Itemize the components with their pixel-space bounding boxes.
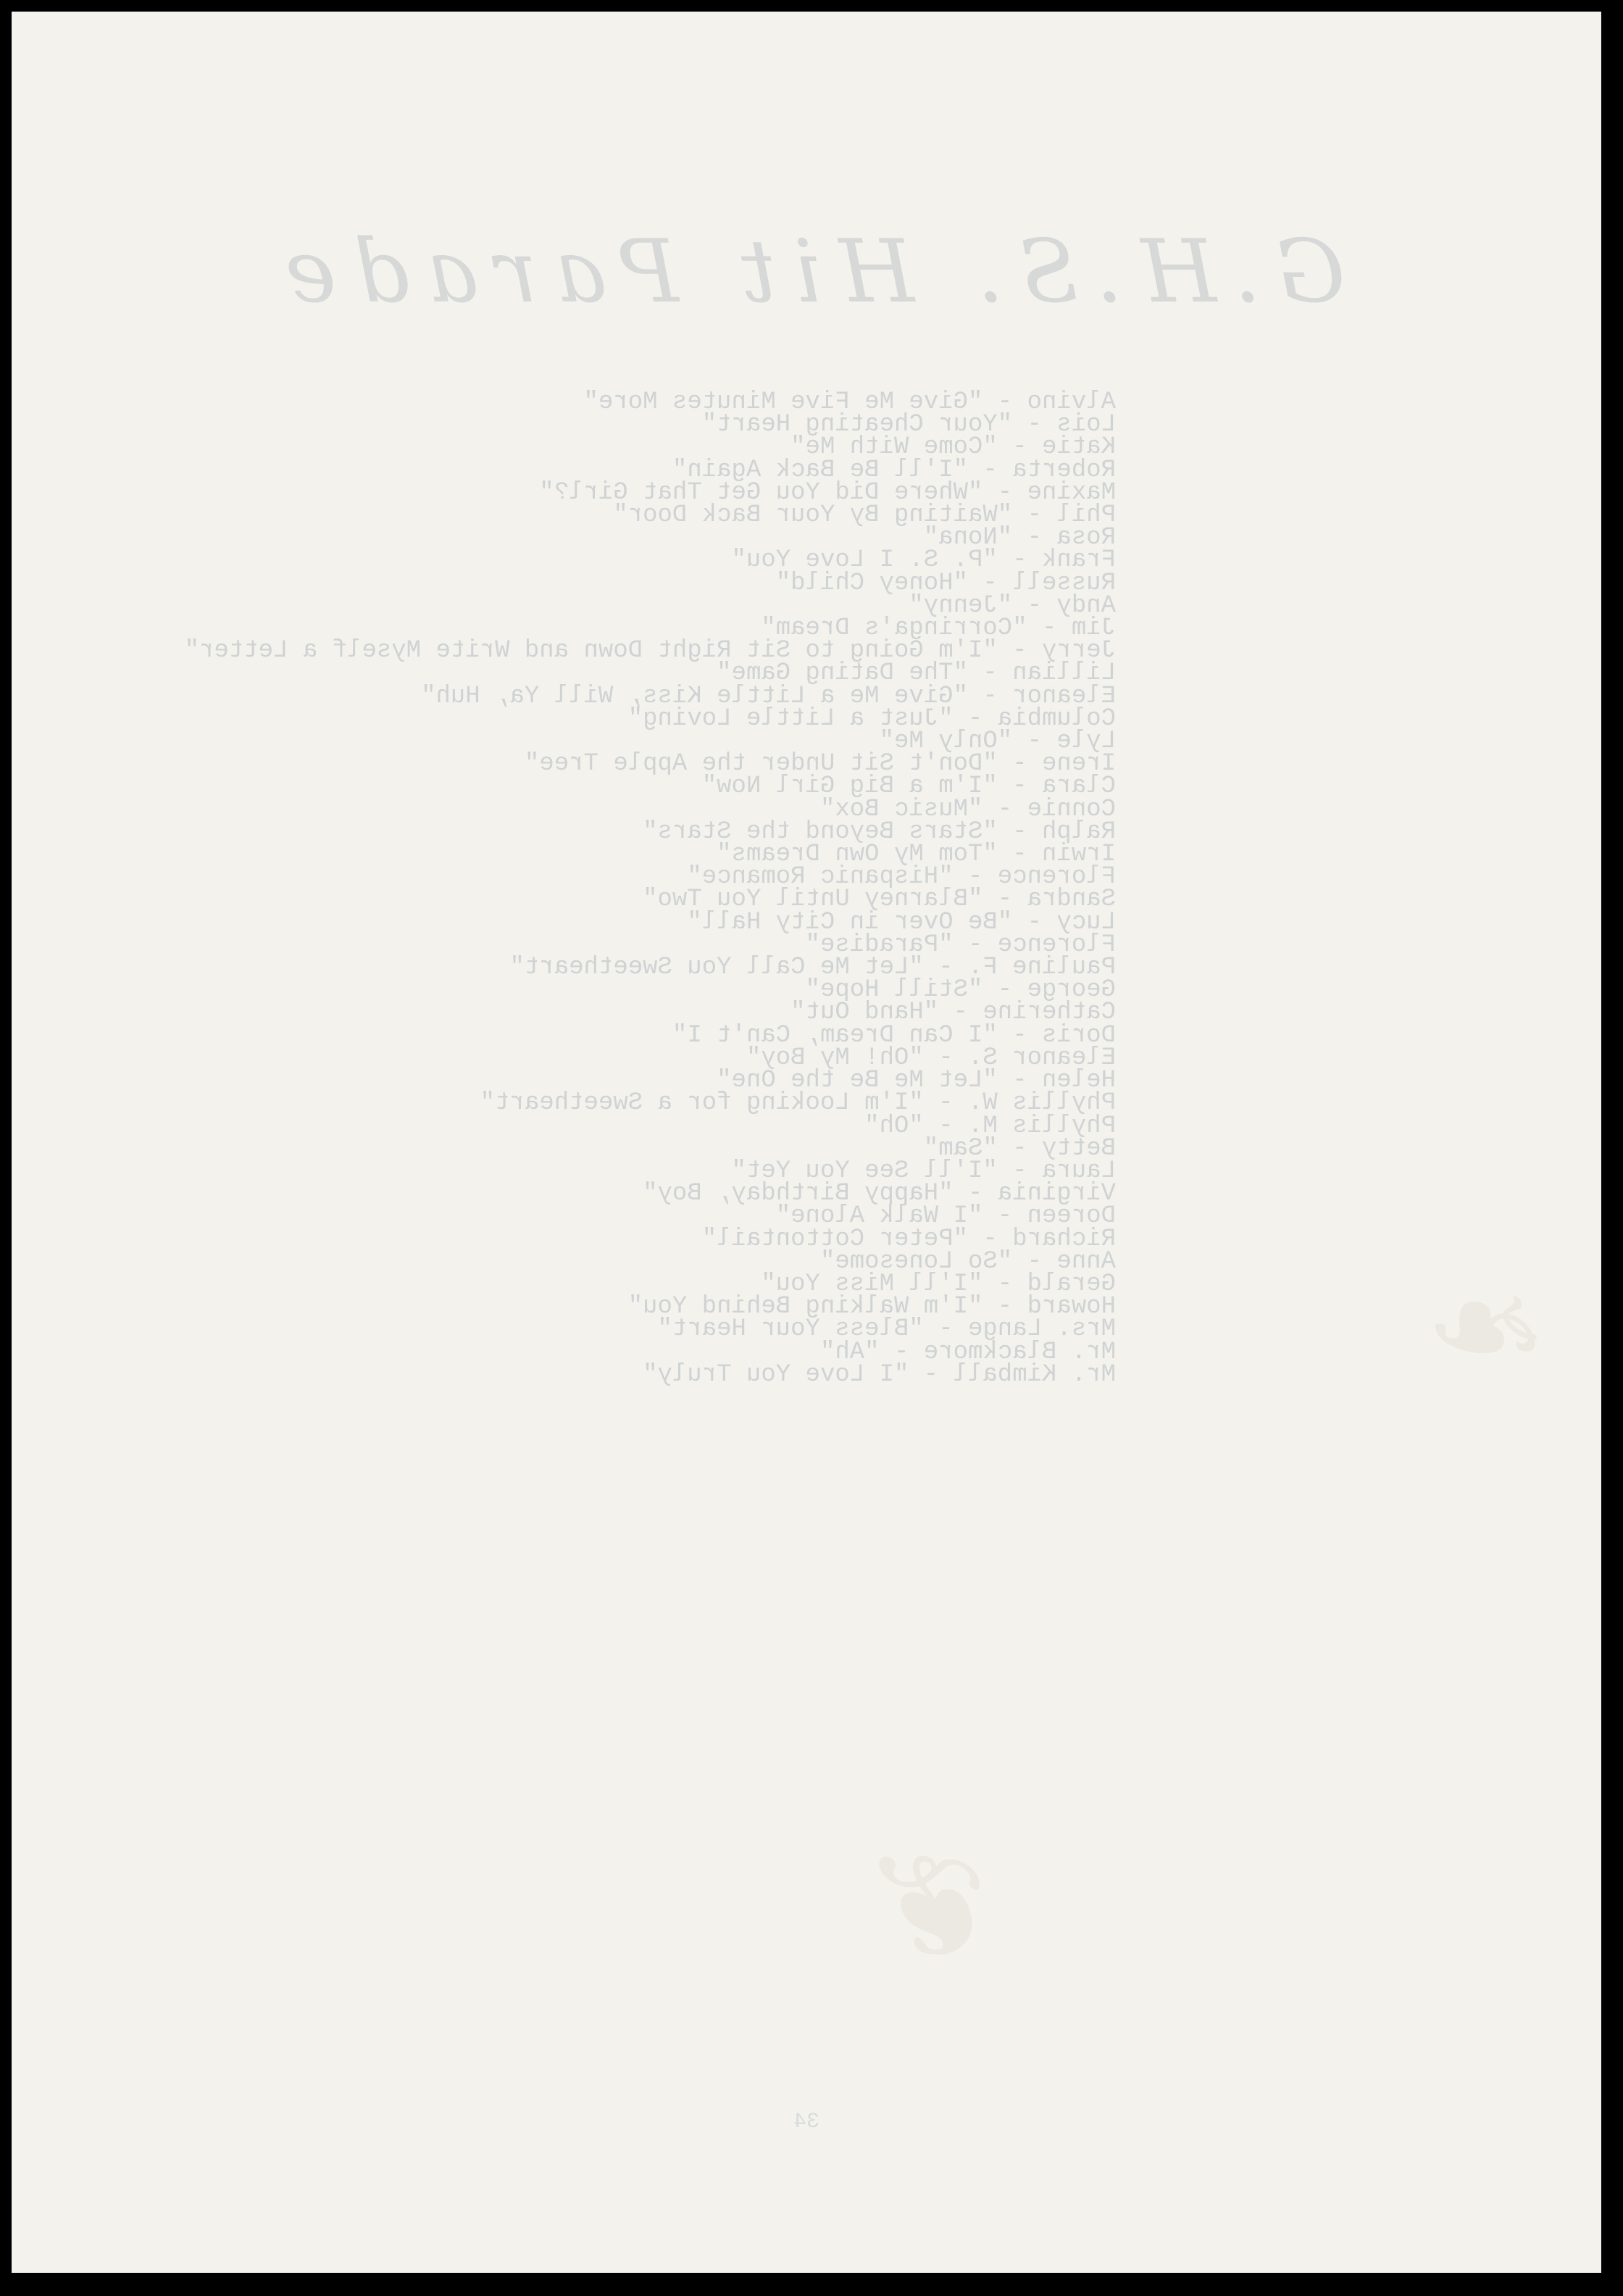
list-item: Sandra - "Blarney Until You Two"	[185, 889, 1116, 911]
list-item: Mrs. Lange - "Bless Your Heart"	[185, 1318, 1116, 1341]
list-item: Lillian - "The Dating Game"	[185, 662, 1116, 685]
page-number: 34	[12, 2110, 1601, 2134]
document-page: ❧ ❦ G.H.S. Hit Parade Alvino - "Give Me …	[12, 12, 1601, 2273]
ghost-mark: ❦	[885, 1823, 1007, 1992]
list-item: Clara - "I'm a Big Girl Now"	[185, 775, 1116, 798]
list-item: Mr. Kimball - "I Love You Truly"	[185, 1364, 1116, 1386]
entry-list: Alvino - "Give Me Five Minutes More"Lois…	[185, 391, 1116, 1386]
list-item: Phyllis W. - "I'm Looking for a Sweethea…	[185, 1092, 1116, 1115]
page-title: G.H.S. Hit Parade	[12, 222, 1601, 323]
ghost-mark: ❧	[1436, 1244, 1558, 1413]
list-item: Doreen - "I Walk Alone"	[185, 1205, 1116, 1228]
mirrored-bleed-through: ❧ ❦ G.H.S. Hit Parade Alvino - "Give Me …	[12, 12, 1601, 2273]
list-item: Frank - "P. S. I Love You"	[185, 549, 1116, 572]
list-item: Katie - "Come With Me"	[185, 436, 1116, 459]
list-item: Catherine - "Hand Out"	[185, 1002, 1116, 1024]
